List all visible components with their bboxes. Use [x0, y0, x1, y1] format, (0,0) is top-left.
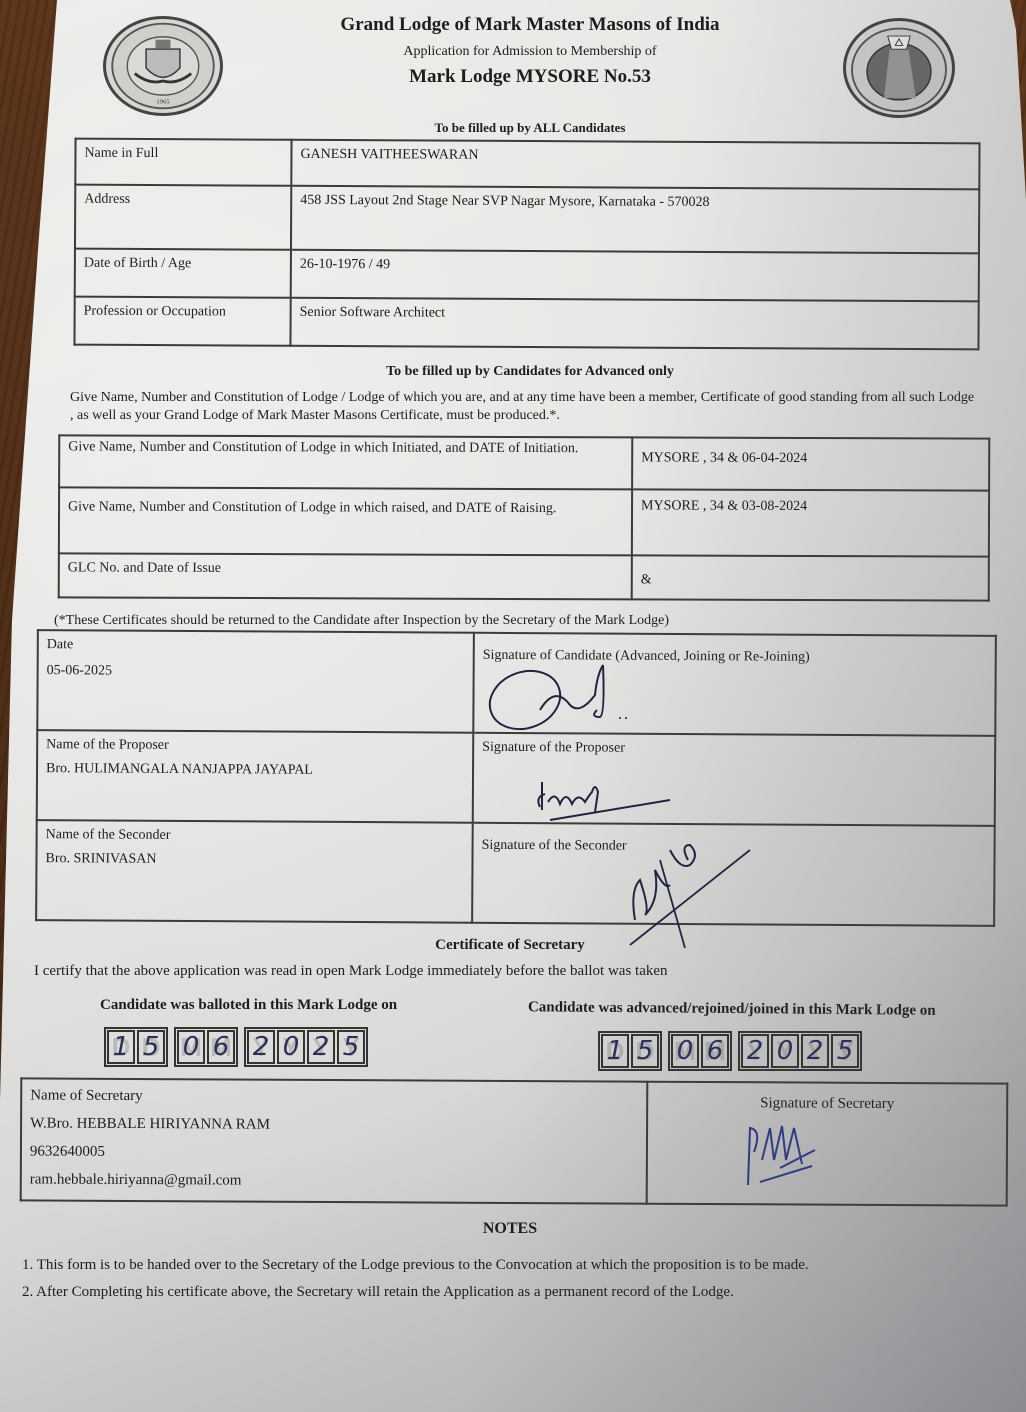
table-row: Date of Birth / Age 26-10-1976 / 49 [75, 249, 979, 302]
date-digit-box[interactable]: Y0 [277, 1030, 305, 1064]
balloted-label: Candidate was balloted in this Mark Lodg… [100, 997, 397, 1014]
table-row: Name of the Proposer Bro. HULIMANGALA NA… [37, 730, 996, 826]
date-digit: 6 [707, 1036, 724, 1066]
notes-heading: NOTES [410, 1220, 610, 1238]
secretary-table: Name of Secretary W.Bro. HEBBALE HIRIYAN… [20, 1077, 1009, 1206]
address-label: Address [75, 185, 291, 250]
raising-label: Give Name, Number and Constitution of Lo… [59, 487, 632, 555]
date-digit-box[interactable]: Y2 [741, 1034, 769, 1068]
advanced-instructions: Give Name, Number and Constitution of Lo… [70, 389, 975, 425]
form-subtitle: Application for Admission to Membership … [0, 44, 1026, 60]
name-label: Name in Full [75, 139, 291, 186]
form-title: Grand Lodge of Mark Master Masons of Ind… [0, 14, 1026, 36]
name-field[interactable]: GANESH VAITHEESWARAN [291, 140, 979, 190]
date-cell: Date 05-06-2025 [37, 630, 474, 733]
proposer-name-field[interactable]: Bro. HULIMANGALA NANJAPPA JAYAPAL [46, 761, 464, 780]
date-digit-box[interactable]: Y2 [801, 1034, 829, 1068]
proposer-signature-label: Signature of the Proposer [482, 740, 986, 759]
table-row: Name of Secretary W.Bro. HEBBALE HIRIYAN… [21, 1078, 1008, 1205]
dob-age-label: Date of Birth / Age [75, 249, 291, 298]
date-digit: 5 [837, 1036, 854, 1066]
table-row: Name of the Seconder Bro. SRINIVASAN Sig… [36, 820, 995, 926]
initiation-label: Give Name, Number and Constitution of Lo… [59, 435, 632, 489]
date-digit: 6 [213, 1032, 230, 1062]
date-box-group: D1D5 [598, 1031, 662, 1071]
advanced-date-boxes[interactable]: D1D5M0M6Y2Y0Y2Y5 [598, 1031, 862, 1071]
seconder-signature-icon [620, 830, 770, 950]
date-box-group: Y2Y0Y2Y5 [244, 1027, 368, 1067]
raising-field[interactable]: MYSORE , 34 & 03-08-2024 [632, 489, 989, 556]
seconder-name-field[interactable]: Bro. SRINIVASAN [45, 851, 463, 870]
date-digit-box[interactable]: Y5 [831, 1034, 859, 1068]
date-digit-box[interactable]: D5 [631, 1034, 659, 1068]
proposer-label: Name of the Proposer [46, 737, 464, 756]
table-row: Address 458 JSS Layout 2nd Stage Near SV… [75, 185, 979, 254]
date-digit-box[interactable]: D5 [137, 1030, 165, 1064]
secretary-phone-field[interactable]: 9632640005 [30, 1137, 638, 1168]
proposer-cell: Name of the Proposer Bro. HULIMANGALA NA… [37, 730, 474, 823]
secretary-name-field[interactable]: W.Bro. HEBBALE HIRIYANNA RAM [30, 1109, 638, 1140]
section-all-caption: To be filled up by ALL Candidates [330, 120, 730, 136]
table-row: Profession or Occupation Senior Software… [74, 297, 978, 350]
secretary-email-field[interactable]: ram.hebbale.hiriyanna@gmail.com [30, 1165, 638, 1196]
date-digit-box[interactable]: M0 [671, 1034, 699, 1068]
date-digit: 5 [143, 1032, 160, 1062]
section-advanced-caption: To be filled up by Candidates for Advanc… [280, 364, 780, 380]
date-digit: 0 [677, 1036, 694, 1066]
seconder-label: Name of the Seconder [46, 827, 464, 846]
table-row: Give Name, Number and Constitution of Lo… [59, 487, 989, 556]
date-box-group: M0M6 [668, 1031, 732, 1071]
date-digit-box[interactable]: Y2 [307, 1030, 335, 1064]
date-digit: 1 [607, 1036, 624, 1066]
secretary-name-label: Name of Secretary [30, 1081, 638, 1112]
table-row: GLC No. and Date of Issue & [59, 553, 989, 600]
date-digit-box[interactable]: M0 [177, 1030, 205, 1064]
advanced-label: Candidate was advanced/rejoined/joined i… [528, 999, 936, 1020]
date-digit: 0 [283, 1032, 300, 1062]
proposer-signature-icon [530, 772, 680, 822]
date-digit-box[interactable]: M6 [207, 1030, 235, 1064]
seconder-cell: Name of the Seconder Bro. SRINIVASAN [36, 820, 473, 923]
date-digit: 2 [253, 1032, 270, 1062]
date-digit-box[interactable]: Y5 [337, 1030, 365, 1064]
date-digit: 2 [313, 1032, 330, 1062]
date-field[interactable]: 05-06-2025 [47, 663, 465, 682]
secretary-details-cell: Name of Secretary W.Bro. HEBBALE HIRIYAN… [21, 1078, 648, 1203]
secretary-signature-label: Signature of Secretary [656, 1095, 998, 1114]
occupation-field[interactable]: Senior Software Architect [290, 298, 978, 350]
address-field[interactable]: 458 JSS Layout 2nd Stage Near SVP Nagar … [291, 186, 979, 254]
glc-label: GLC No. and Date of Issue [59, 553, 632, 599]
date-digit-box[interactable]: D1 [601, 1034, 629, 1068]
candidate-signature-icon [485, 655, 645, 735]
date-digit-box[interactable]: Y2 [247, 1030, 275, 1064]
date-label: Date [47, 637, 465, 656]
note-item: 2. After Completing his certificate abov… [22, 1279, 1012, 1306]
date-digit: 5 [637, 1036, 654, 1066]
balloted-date-boxes[interactable]: D1D5M0M6Y2Y0Y2Y5 [104, 1027, 368, 1067]
candidate-details-table: Name in Full GANESH VAITHEESWARAN Addres… [73, 138, 980, 351]
lodge-name: Mark Lodge MYSORE No.53 [0, 66, 1026, 88]
date-box-group: D1D5 [104, 1027, 168, 1067]
date-digit: 2 [747, 1036, 764, 1066]
date-box-group: M0M6 [174, 1027, 238, 1067]
notes-list: 1. This form is to be handed over to the… [22, 1252, 1012, 1306]
form-paper: 1965 Grand Lodge of Mark Master Masons o… [0, 0, 1026, 1412]
date-digit: 0 [183, 1032, 200, 1062]
secretary-statement: I certify that the above application was… [34, 962, 668, 980]
date-digit-box[interactable]: M6 [701, 1034, 729, 1068]
date-digit-box[interactable]: Y0 [771, 1034, 799, 1068]
table-row: Name in Full GANESH VAITHEESWARAN [75, 139, 979, 190]
date-digit: 0 [777, 1036, 794, 1066]
secretary-signature-icon [740, 1120, 830, 1190]
date-digit: 1 [113, 1032, 130, 1062]
date-digit-box[interactable]: D1 [107, 1030, 135, 1064]
secretary-certificate-heading: Certificate of Secretary [330, 937, 690, 954]
date-digit: 2 [807, 1036, 824, 1066]
date-box-group: Y2Y0Y2Y5 [738, 1031, 862, 1071]
dob-age-field[interactable]: 26-10-1976 / 49 [291, 250, 979, 302]
certificates-footnote: (*These Certificates should be returned … [54, 612, 669, 630]
glc-field[interactable]: & [632, 555, 989, 600]
svg-text:1965: 1965 [156, 99, 170, 106]
table-row: Give Name, Number and Constitution of Lo… [59, 435, 989, 490]
date-digit: 5 [343, 1032, 360, 1062]
note-item: 1. This form is to be handed over to the… [22, 1252, 1012, 1279]
initiation-field[interactable]: MYSORE , 34 & 06-04-2024 [632, 437, 989, 490]
lodge-history-table: Give Name, Number and Constitution of Lo… [58, 434, 991, 601]
occupation-label: Profession or Occupation [74, 297, 290, 346]
